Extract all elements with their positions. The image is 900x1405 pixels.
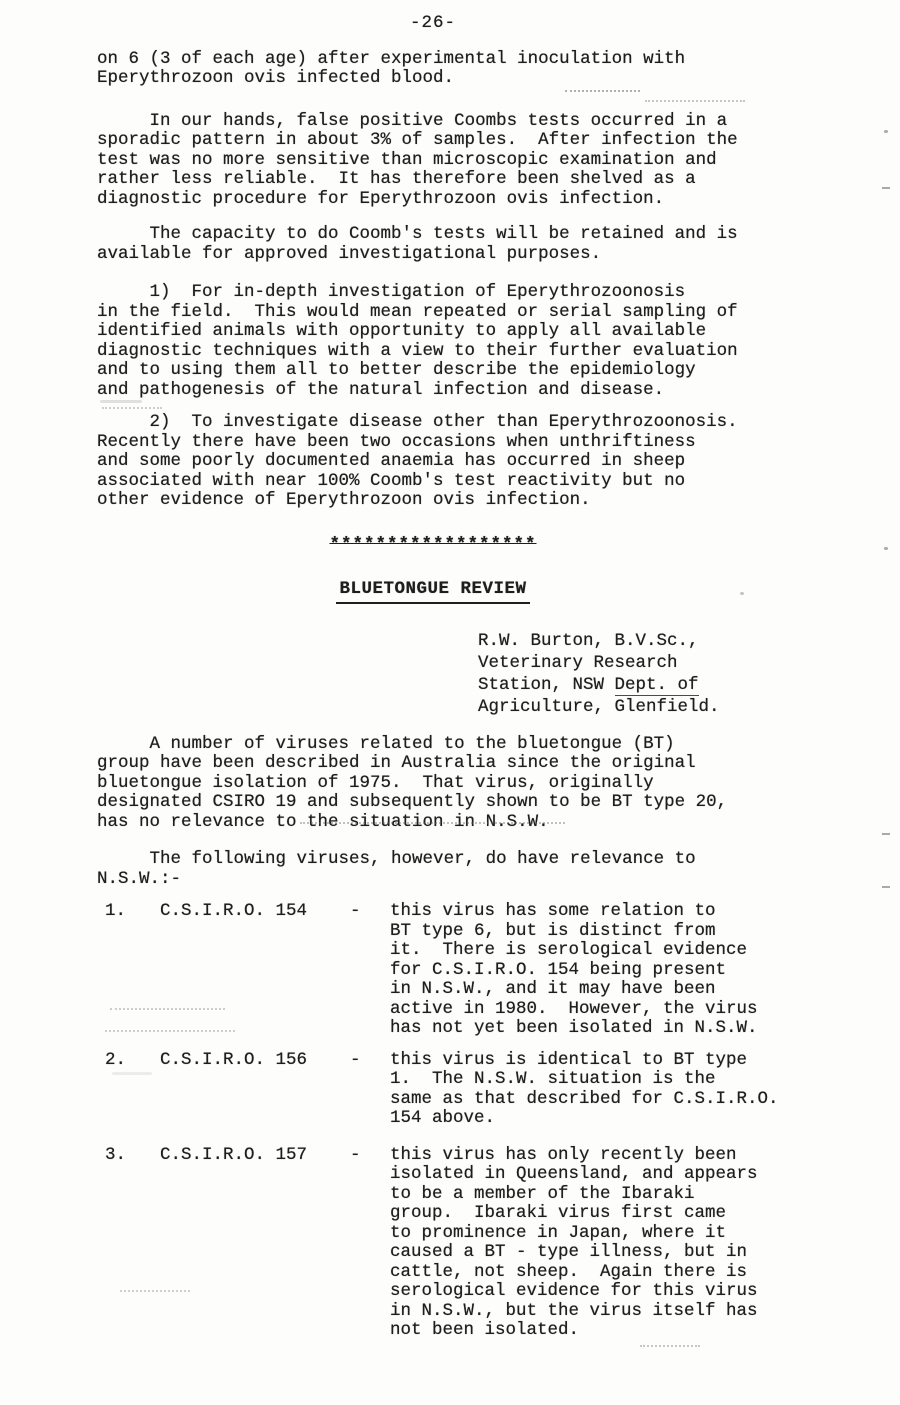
dash-separator: - [350,1051,390,1071]
author-line-name: R.W. Burton, B.V.Sc., [478,630,797,652]
scan-artifact [884,130,888,133]
scan-artifact [884,547,888,550]
author-line-station: Station, NSW Dept. of [478,674,797,696]
scan-artifact [102,407,162,409]
author-line-location: Agriculture, Glenfield. [478,696,797,718]
author-block: R.W. Burton, B.V.Sc., Veterinary Researc… [478,630,797,718]
item-number: 1. [97,902,160,922]
scan-artifact [565,90,640,92]
author-line-station-prefix: Station, NSW [478,675,615,695]
virus-name: C.S.I.R.O. 157 [160,1146,350,1166]
section-title: BLUETONGUE REVIEW [336,580,529,604]
paragraph-bt-relevance: The following viruses, however, do have … [97,850,797,889]
item-number: 2. [97,1051,160,1071]
virus-list-item-1: 1. C.S.I.R.O. 154 - this virus has some … [97,902,797,1039]
author-line-station-dept: Dept. of [615,675,699,696]
virus-description: this virus has some relation to BT type … [390,902,797,1039]
scan-artifact [105,1030,235,1032]
paragraph-inoculation: on 6 (3 of each age) after experimental … [97,50,797,89]
section-heading-row: BLUETONGUE REVIEW [97,580,769,604]
dash-separator: - [350,1146,390,1166]
item-number: 3. [97,1146,160,1166]
dash-separator: - [350,902,390,922]
virus-name: C.S.I.R.O. 156 [160,1051,350,1071]
scan-artifact [110,1008,225,1010]
document-page: -26- on 6 (3 of each age) after experime… [0,0,900,1405]
page-number: -26- [97,14,769,34]
scan-artifact [112,1072,152,1075]
paragraph-coombs-capacity: The capacity to do Coomb's tests will be… [97,225,797,264]
virus-description: this virus has only recently been isolat… [390,1146,797,1341]
scan-artifact [882,833,890,835]
virus-list-item-2: 2. C.S.I.R.O. 156 - this virus is identi… [97,1051,797,1129]
virus-list-item-3: 3. C.S.I.R.O. 157 - this virus has only … [97,1146,797,1341]
scan-artifact [882,187,890,189]
virus-description: this virus is identical to BT type 1. Th… [390,1051,797,1129]
scan-artifact [882,886,890,888]
paragraph-point-2: 2) To investigate disease other than Epe… [97,413,797,511]
scan-artifact [100,400,142,403]
author-line-institution: Veterinary Research [478,652,797,674]
scan-artifact [640,1345,700,1347]
virus-name: C.S.I.R.O. 154 [160,902,350,922]
asterisk-separator: ****************** [97,536,769,556]
paragraph-bt-intro: A number of viruses related to the bluet… [97,735,797,833]
scan-artifact [645,100,745,102]
paragraph-point-1: 1) For in-depth investigation of Eperyth… [97,283,797,400]
paragraph-coombs-false-positive: In our hands, false positive Coombs test… [97,112,797,210]
scan-artifact [120,1290,190,1292]
scan-artifact [300,822,565,824]
page-content: -26- on 6 (3 of each age) after experime… [97,14,797,1341]
scan-artifact [740,592,744,595]
